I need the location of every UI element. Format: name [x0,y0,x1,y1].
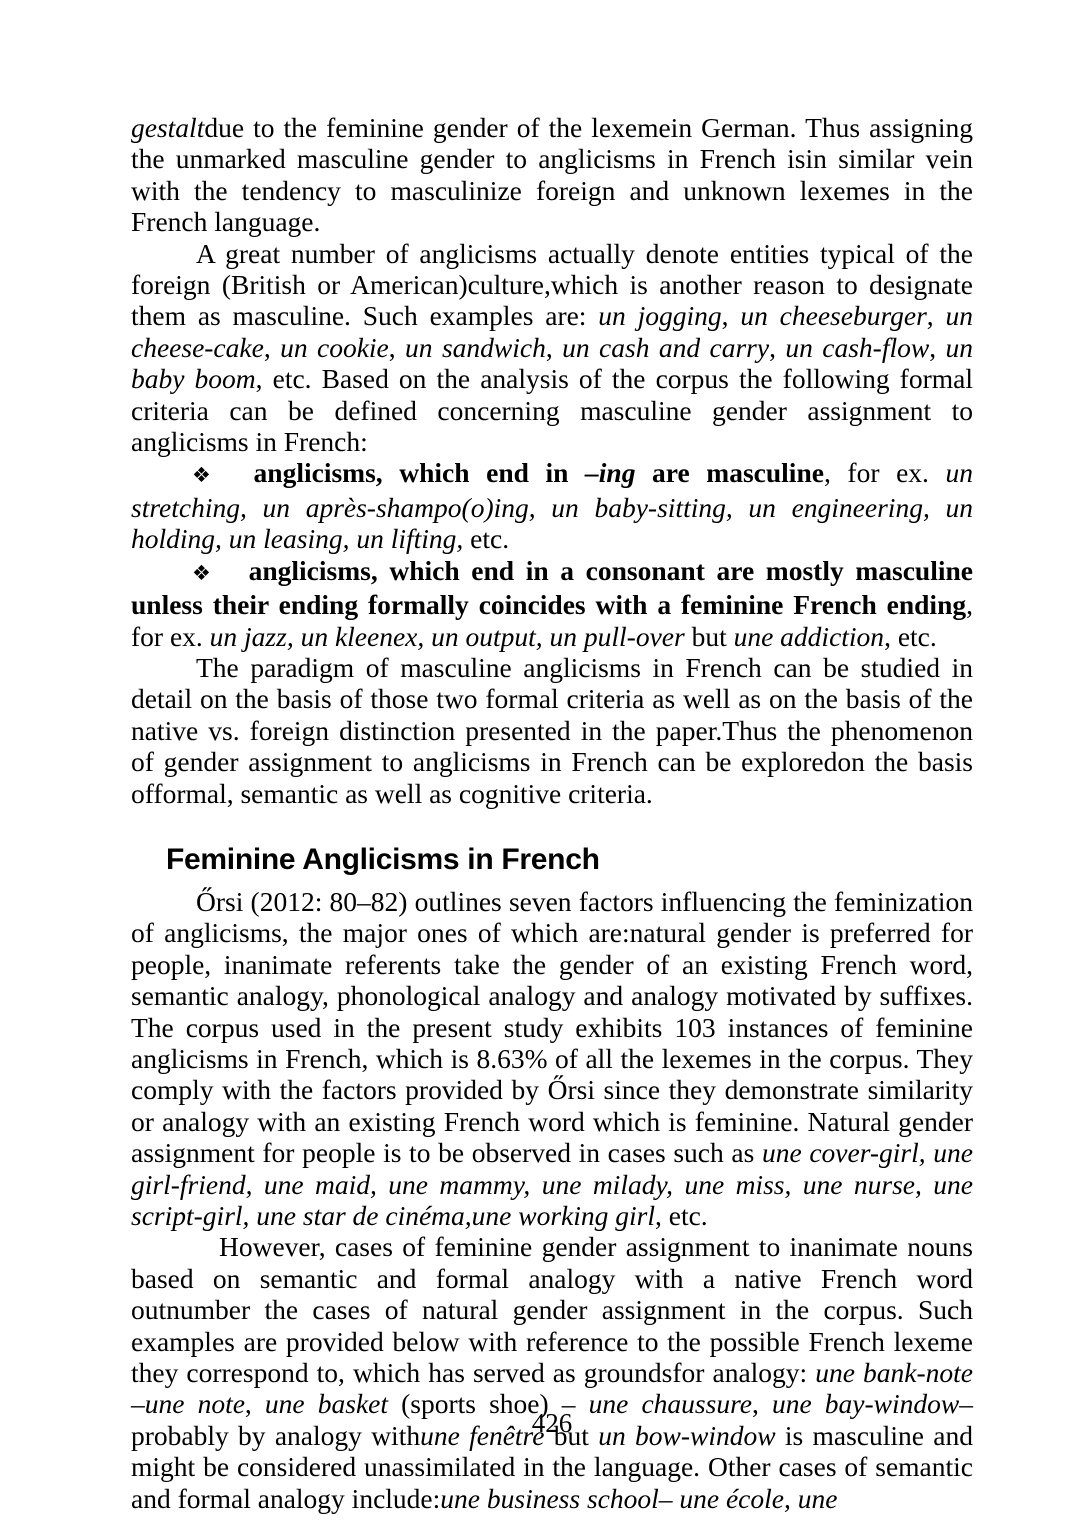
text-run: un cheeseburger [740,300,926,331]
text-run: anglicisms, which end in [254,457,585,488]
text-run: gestalt [131,112,204,143]
paragraph-orsi-factors: Őrsi (2012: 80–82) outlines seven factor… [131,886,973,1231]
text-run: are masculine [635,457,823,488]
text-run: Őrsi (2012: 80–82) outlines seven factor… [131,886,973,1168]
text-run: , [929,332,945,363]
text-run: anglicisms, which end in a consonant are… [131,555,973,620]
section-heading: Feminine Anglicisms in French [166,843,973,877]
text-run: un cash and carry [562,332,769,363]
text-run: un cash-flow [785,332,929,363]
bullet-item-ing-masculine: ❖anglicisms, which end in –ing are mascu… [131,457,973,554]
text-run: –ing [585,457,635,488]
bullet-item-consonant-masculine: ❖anglicisms, which end in a consonant ar… [131,555,973,652]
text-run: but [685,621,734,652]
text-run: , [546,332,562,363]
text-run: un jogging [598,300,721,331]
paragraph-however-feminine: However, cases of feminine gender assign… [131,1231,973,1514]
text-run: une business school [440,1483,658,1514]
text-run: une école, une [679,1483,837,1514]
document-page: gestaltdue to the feminine gender of the… [0,0,1080,1536]
text-column: gestaltdue to the feminine gender of the… [131,112,973,1514]
text-run: , [264,332,280,363]
text-run: , [722,300,741,331]
text-run: – [659,1483,680,1514]
text-run: , for ex. [824,457,946,488]
text-run: un cookie [280,332,389,363]
text-run: , etc. Based on the analysis of the corp… [131,363,973,457]
paragraph-great-number: A great number of anglicisms actually de… [131,238,973,458]
text-run: etc. [463,523,509,554]
text-run: due to the feminine gender of the lexeme… [131,112,973,237]
paragraph-gestalt-continuation: gestaltdue to the feminine gender of the… [131,112,973,238]
text-run: The paradigm of masculine anglicisms in … [131,652,973,809]
list-bullet-icon: ❖ [192,561,249,585]
list-bullet-icon: ❖ [192,463,254,487]
text-run: un jazz, un kleenex, un output, un pull-… [210,621,685,652]
text-run: , etc. [884,621,937,652]
text-run: , [927,300,946,331]
paragraph-paradigm: The paradigm of masculine anglicisms in … [131,652,973,809]
text-run: un sandwich [405,332,546,363]
page-number: 426 [131,1408,973,1438]
text-run: une addiction [734,621,884,652]
text-run: , [769,332,785,363]
text-run: , [389,332,405,363]
text-run: , etc. [655,1200,708,1231]
